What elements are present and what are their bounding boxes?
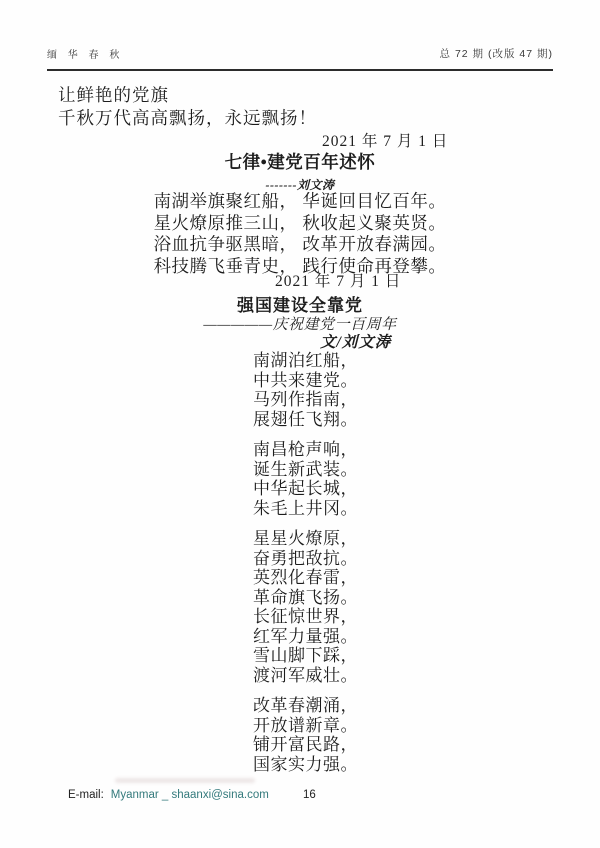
poem2-subtitle: —————庆祝建党一百周年: [0, 313, 600, 334]
poem1-line: 南湖举旗聚红船， 华诞回目忆百年。: [0, 191, 600, 213]
poem2-line: 中华起长城，: [253, 479, 358, 499]
poem2-line: 雪山脚下踩，: [253, 646, 358, 666]
poem2-line: 诞生新武装。: [253, 460, 358, 480]
date-line-1: 2021 年 7 月 1 日: [322, 129, 448, 151]
poem2-stanza-2: 南昌枪声响， 诞生新武装。 中华起长城， 朱毛上井冈。: [253, 440, 358, 518]
poem2-line: 改革春潮涌，: [253, 696, 358, 716]
intro-lines: 让鲜艳的党旗 千秋万代高高飘扬，永远飘扬！: [58, 84, 317, 130]
journal-title: 缅 华 春 秋: [47, 46, 123, 61]
poem2-line: 朱毛上井冈。: [253, 499, 358, 519]
intro-line-2: 千秋万代高高飘扬，永远飘扬！: [58, 107, 317, 130]
poem2-line: 红军力量强。: [253, 627, 358, 647]
poem2-line: 星星火燎原，: [253, 529, 358, 549]
poem2-line: 奋勇把敌抗。: [253, 549, 358, 569]
poem2-stanza-1: 南湖泊红船， 中共来建党。 马列作指南， 展翅任飞翔。: [253, 351, 358, 429]
poem2-line: 革命旗飞扬。: [253, 588, 358, 608]
poem2-stanza-4: 改革春潮涌， 开放谱新章。 铺开富民路， 国家实力强。: [253, 696, 358, 774]
poem2-line: 开放谱新章。: [253, 716, 358, 736]
page-footer: E-mail: Myanmar _ shaanxi@sina.com: [68, 789, 269, 801]
scan-smudge-artifact: [115, 778, 255, 783]
poem2-line: 铺开富民路，: [253, 735, 358, 755]
poem2-line: 英烈化春雷，: [253, 568, 358, 588]
poem2-line: 渡河军威壮。: [253, 666, 358, 686]
poem2-line: 长征惊世界，: [253, 607, 358, 627]
poem2-line: 马列作指南，: [253, 390, 358, 410]
poem2-body: 南湖泊红船， 中共来建党。 马列作指南， 展翅任飞翔。 南昌枪声响， 诞生新武装…: [253, 351, 358, 785]
poem1-line: 星火燎原推三山， 秋收起义聚英贤。: [0, 213, 600, 235]
poem2-line: 中共来建党。: [253, 371, 358, 391]
poem2-line: 南湖泊红船，: [253, 351, 358, 371]
poem2-author: 文/刘文涛: [320, 330, 391, 352]
poem2-line: 展翅任飞翔。: [253, 410, 358, 430]
poem1-title: 七律•建党百年述怀: [0, 149, 600, 174]
poem2-line: 南昌枪声响，: [253, 440, 358, 460]
email-label: E-mail:: [68, 789, 104, 801]
intro-line-1: 让鲜艳的党旗: [58, 84, 317, 107]
poem1-body: 南湖举旗聚红船， 华诞回目忆百年。 星火燎原推三山， 秋收起义聚英贤。 浴血抗争…: [0, 191, 600, 277]
poem2-stanza-3: 星星火燎原， 奋勇把敌抗。 英烈化春雷， 革命旗飞扬。 长征惊世界， 红军力量强…: [253, 529, 358, 685]
email-link[interactable]: Myanmar _ shaanxi@sina.com: [111, 789, 269, 801]
page-number: 16: [303, 789, 316, 801]
journal-page: 缅 华 春 秋 总 72 期 (改版 47 期) 让鲜艳的党旗 千秋万代高高飘扬…: [0, 0, 600, 848]
issue-number: 总 72 期 (改版 47 期): [440, 46, 553, 61]
date-line-2: 2021 年 7 月 1 日: [275, 269, 401, 291]
poem1-line: 浴血抗争驱黑暗， 改革开放春满园。: [0, 234, 600, 256]
poem2-line: 国家实力强。: [253, 755, 358, 775]
page-header: 缅 华 春 秋 总 72 期 (改版 47 期): [47, 46, 553, 71]
